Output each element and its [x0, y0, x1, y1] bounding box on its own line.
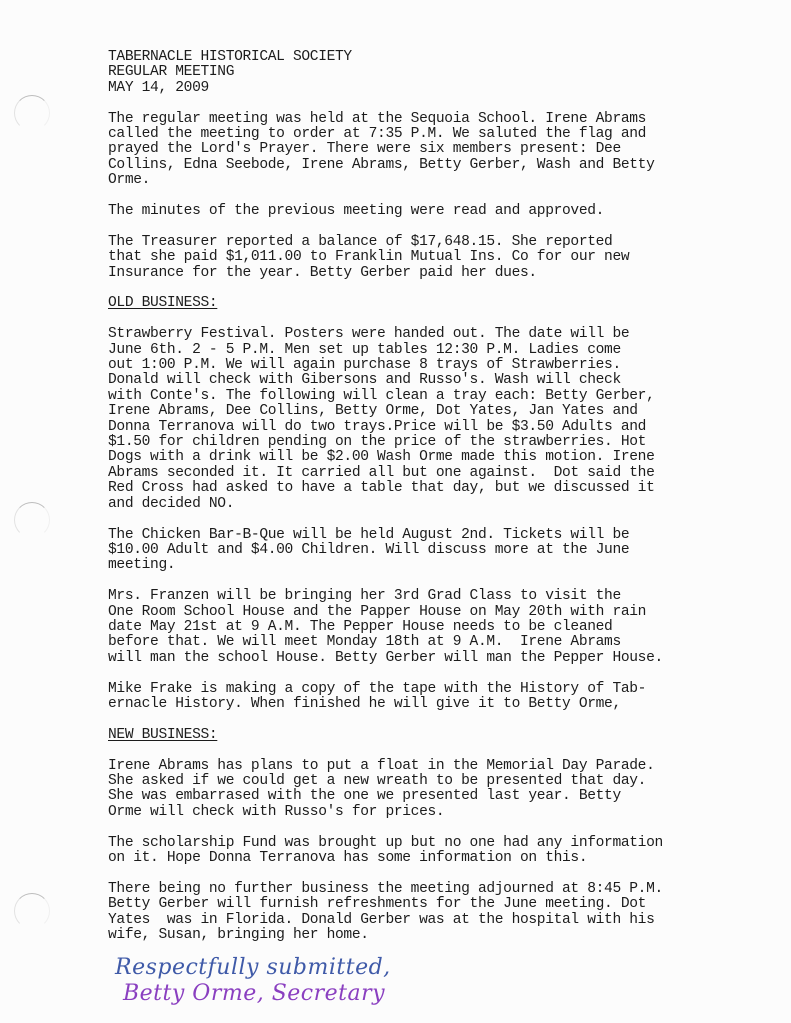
- text-line: Red Cross had asked to have a table that…: [108, 481, 748, 496]
- text-line: Orme.: [108, 173, 748, 188]
- text-line: Donald will check with Gibersons and Rus…: [108, 373, 748, 388]
- text-line: out 1:00 P.M. We will again purchase 8 t…: [108, 358, 748, 373]
- text-line: meeting.: [108, 558, 748, 573]
- handwritten-signature: Respectfully submitted, Betty Orme, Secr…: [115, 955, 391, 1007]
- text-line: Collins, Edna Seebode, Irene Abrams, Bet…: [108, 158, 748, 173]
- document-header: TABERNACLE HISTORICAL SOCIETY REGULAR ME…: [108, 50, 748, 96]
- text-line: Irene Abrams has plans to put a float in…: [108, 759, 748, 774]
- paragraph-strawberry-festival: Strawberry Festival. Posters were handed…: [108, 327, 748, 512]
- text-line: The regular meeting was held at the Sequ…: [108, 112, 748, 127]
- paragraph-minutes: The minutes of the previous meeting were…: [108, 204, 748, 219]
- text-line: Donna Terranova will do two trays.Price …: [108, 420, 748, 435]
- text-line: prayed the Lord's Prayer. There were six…: [108, 142, 748, 157]
- text-line: $10.00 Adult and $4.00 Children. Will di…: [108, 543, 748, 558]
- text-line: ernacle History. When finished he will g…: [108, 697, 748, 712]
- punch-hole-mark: [14, 95, 50, 131]
- text-line: wife, Susan, bringing her home.: [108, 928, 748, 943]
- text-line: with Conte's. The following will clean a…: [108, 389, 748, 404]
- text-line: The scholarship Fund was brought up but …: [108, 836, 748, 851]
- paragraph-adjournment: There being no further business the meet…: [108, 882, 748, 944]
- paragraph-memorial-day: Irene Abrams has plans to put a float in…: [108, 759, 748, 821]
- text-line: that she paid $1,011.00 to Franklin Mutu…: [108, 250, 748, 265]
- text-line: Orme will check with Russo's for prices.: [108, 805, 748, 820]
- meeting-date: MAY 14, 2009: [108, 81, 748, 96]
- text-line: and decided NO.: [108, 497, 748, 512]
- text-line: Abrams seconded it. It carried all but o…: [108, 466, 748, 481]
- text-line: The minutes of the previous meeting were…: [108, 204, 748, 219]
- text-line: on it. Hope Donna Terranova has some inf…: [108, 851, 748, 866]
- text-line: The Chicken Bar-B-Que will be held Augus…: [108, 528, 748, 543]
- organization-name: TABERNACLE HISTORICAL SOCIETY: [108, 50, 748, 65]
- text-line: She was embarrased with the one we prese…: [108, 789, 748, 804]
- text-line: $1.50 for children pending on the price …: [108, 435, 748, 450]
- text-line: There being no further business the meet…: [108, 882, 748, 897]
- paragraph-school-visit: Mrs. Franzen will be bringing her 3rd Gr…: [108, 589, 748, 666]
- old-business-heading: OLD BUSINESS:: [108, 296, 217, 311]
- signature-closing: Respectfully submitted,: [115, 955, 391, 981]
- signature-name: Betty Orme, Secretary: [115, 981, 391, 1007]
- paragraph-treasurer: The Treasurer reported a balance of $17,…: [108, 235, 748, 281]
- text-line: Mrs. Franzen will be bringing her 3rd Gr…: [108, 589, 748, 604]
- text-line: The Treasurer reported a balance of $17,…: [108, 235, 748, 250]
- text-line: called the meeting to order at 7:35 P.M.…: [108, 127, 748, 142]
- text-line: She asked if we could get a new wreath t…: [108, 774, 748, 789]
- text-line: will man the school House. Betty Gerber …: [108, 651, 748, 666]
- text-line: Mike Frake is making a copy of the tape …: [108, 682, 748, 697]
- text-line: before that. We will meet Monday 18th at…: [108, 635, 748, 650]
- scanned-page: TABERNACLE HISTORICAL SOCIETY REGULAR ME…: [0, 0, 791, 1023]
- text-line: Strawberry Festival. Posters were handed…: [108, 327, 748, 342]
- text-line: Dogs with a drink will be $2.00 Wash Orm…: [108, 450, 748, 465]
- text-line: Betty Gerber will furnish refreshments f…: [108, 897, 748, 912]
- punch-hole-mark: [14, 893, 50, 929]
- new-business-heading: NEW BUSINESS:: [108, 728, 217, 743]
- paragraph-chicken-bbq: The Chicken Bar-B-Que will be held Augus…: [108, 528, 748, 574]
- minutes-body: TABERNACLE HISTORICAL SOCIETY REGULAR ME…: [108, 50, 748, 943]
- punch-hole-mark: [14, 502, 50, 538]
- text-line: Yates was in Florida. Donald Gerber was …: [108, 913, 748, 928]
- text-line: date May 21st at 9 A.M. The Pepper House…: [108, 620, 748, 635]
- meeting-type: REGULAR MEETING: [108, 65, 748, 80]
- text-line: Insurance for the year. Betty Gerber pai…: [108, 266, 748, 281]
- paragraph-history-tape: Mike Frake is making a copy of the tape …: [108, 682, 748, 713]
- text-line: Irene Abrams, Dee Collins, Betty Orme, D…: [108, 404, 748, 419]
- text-line: June 6th. 2 - 5 P.M. Men set up tables 1…: [108, 343, 748, 358]
- text-line: One Room School House and the Papper Hou…: [108, 605, 748, 620]
- paragraph-scholarship: The scholarship Fund was brought up but …: [108, 836, 748, 867]
- paragraph-opening: The regular meeting was held at the Sequ…: [108, 112, 748, 189]
